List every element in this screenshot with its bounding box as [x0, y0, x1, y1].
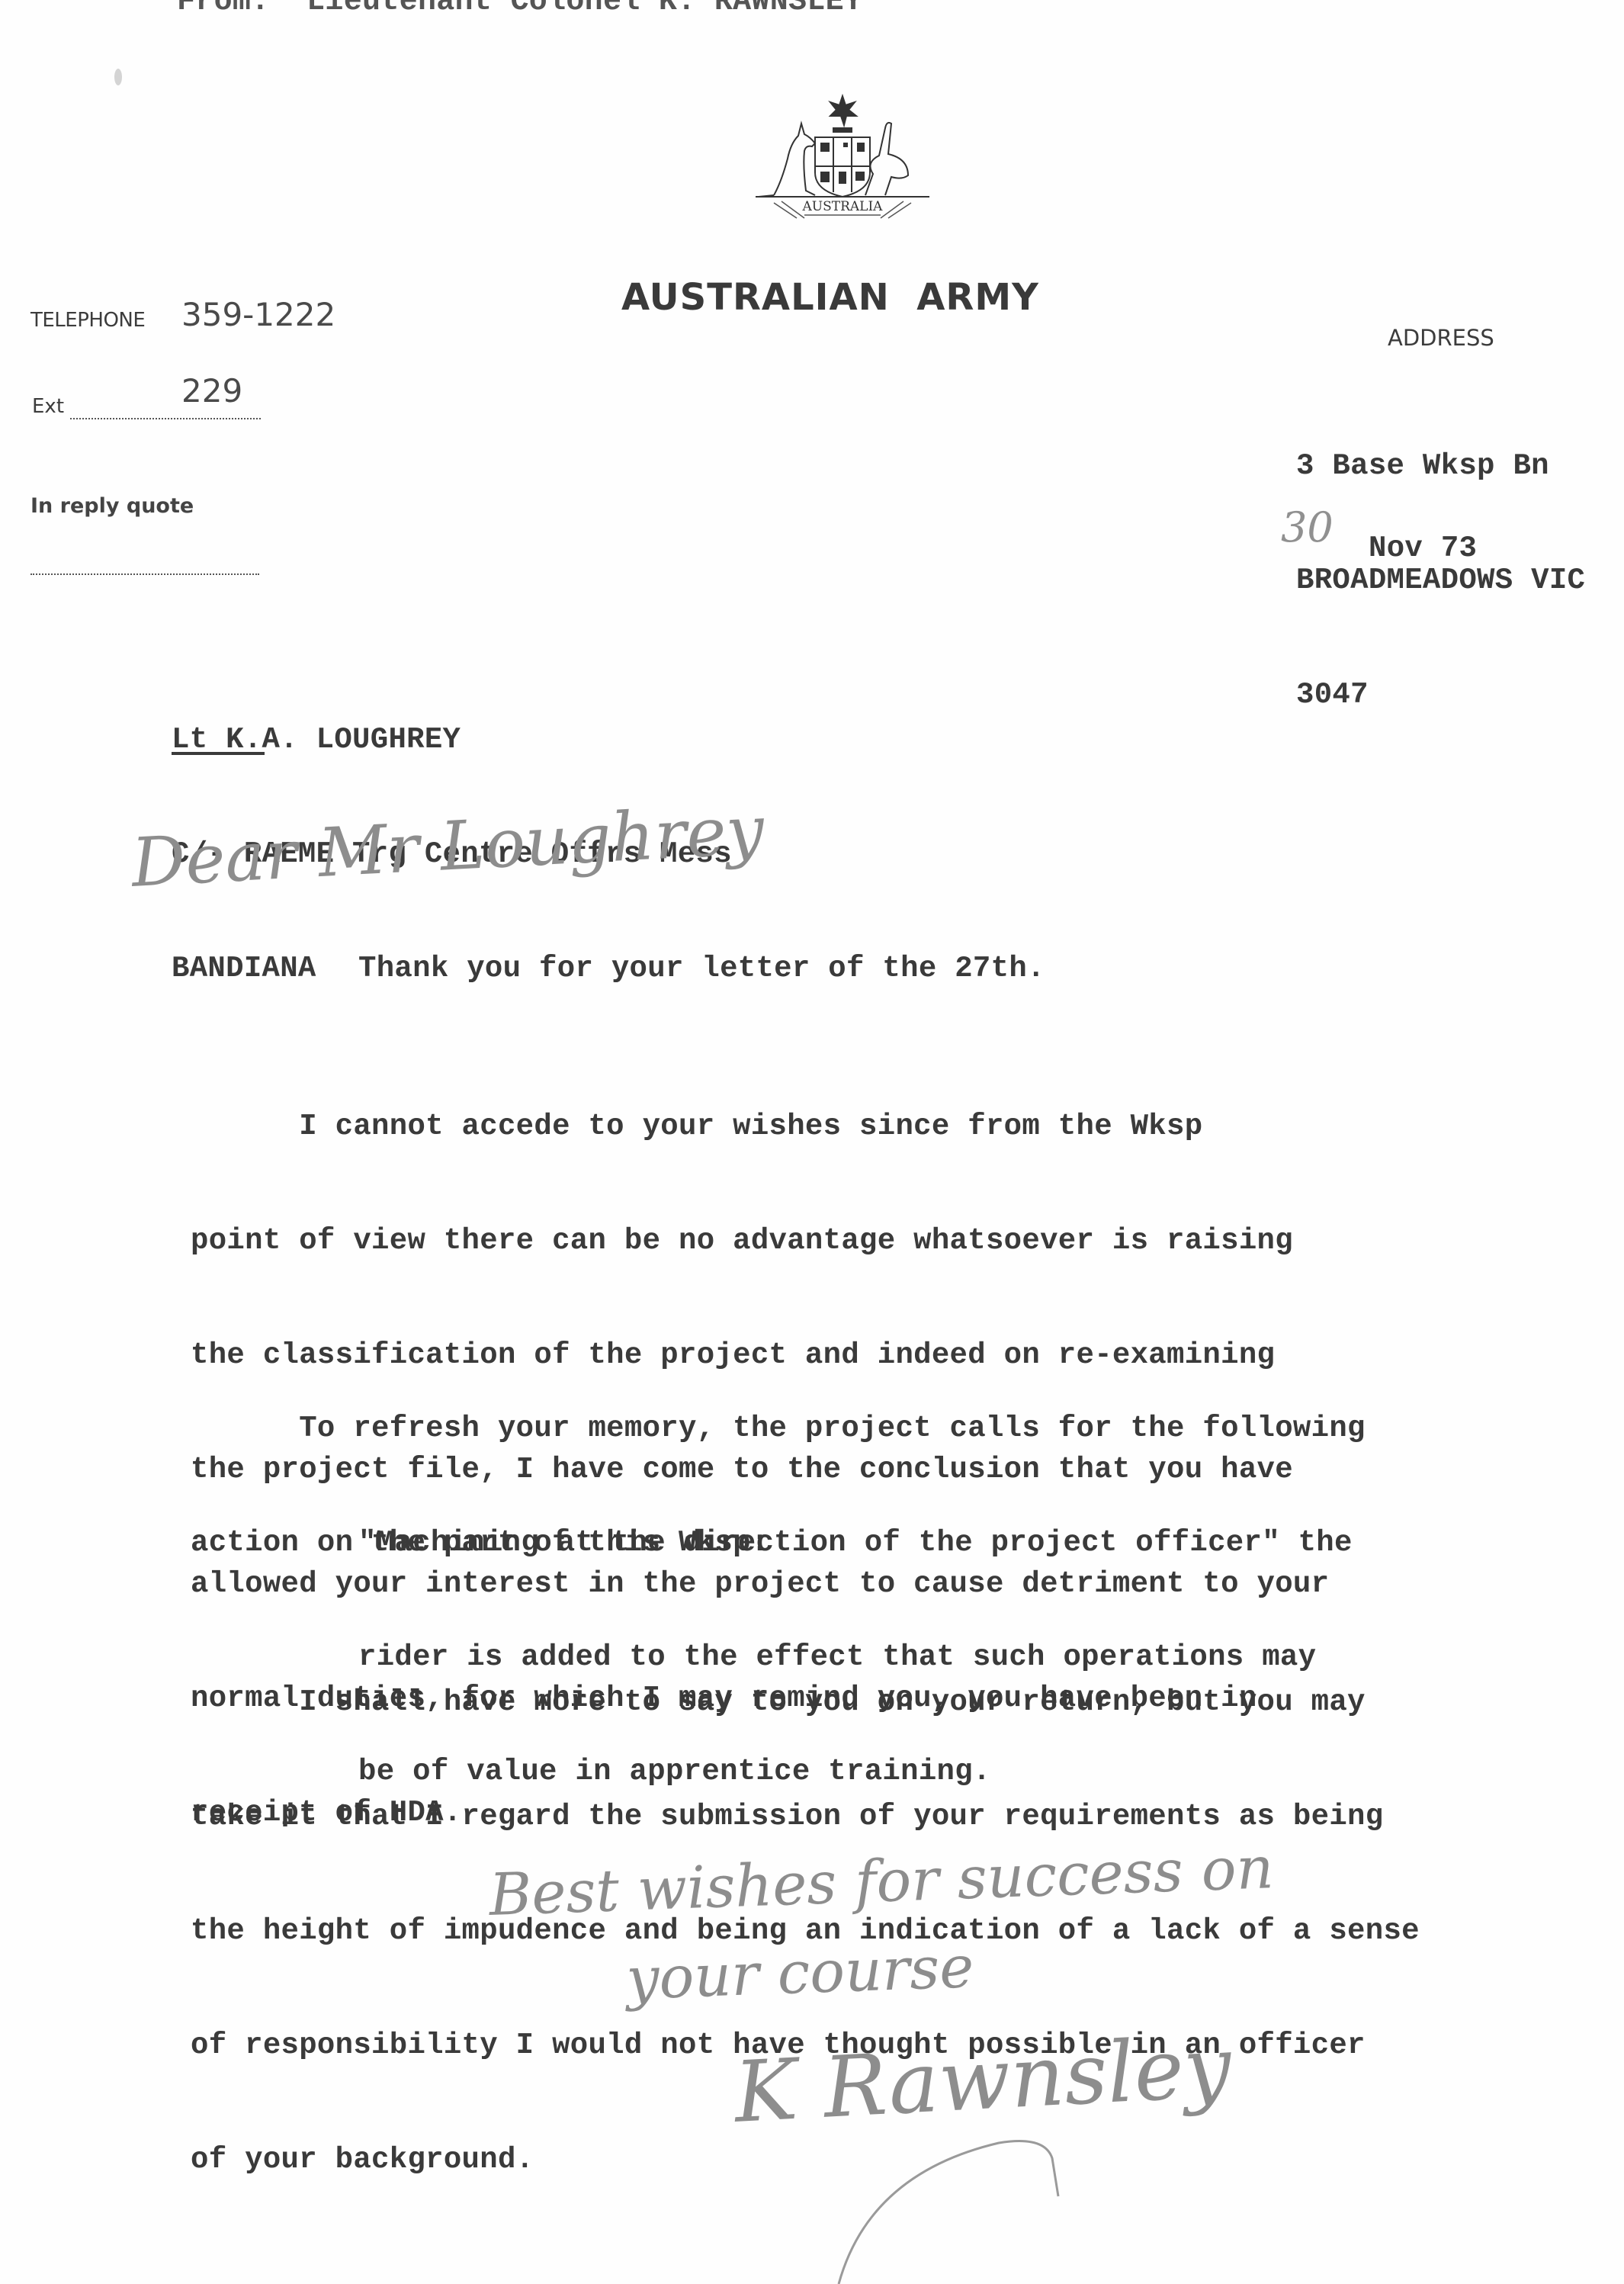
body-paragraph-1: Thank you for your letter of the 27th.: [358, 949, 1045, 988]
reply-quote-label: In reply quote: [30, 494, 194, 518]
sender-address: 3 Base Wksp Bn BROADMEADOWS VIC 3047: [1296, 371, 1585, 790]
telephone-value: 359-1222: [181, 296, 335, 333]
handwritten-closing-line-2: your course: [625, 1932, 975, 2013]
svg-text:AUSTRALIA: AUSTRALIA: [802, 199, 884, 214]
address-label: ADDRESS: [1388, 325, 1494, 351]
from-line: From: Lieutenant Colonel K. RAWNSLEY: [177, 0, 862, 21]
text-line: of your background.: [191, 2141, 1420, 2179]
paper-blemish: [114, 69, 122, 85]
letter-page: From: Lieutenant Colonel K. RAWNSLEY AUS…: [0, 0, 1624, 2284]
signature-flourish-icon: [823, 2112, 1144, 2284]
address-line: 3047: [1296, 676, 1585, 714]
text-line: "Machining at the direction of the proje…: [358, 1524, 1353, 1562]
text-line: To refresh your memory, the project call…: [191, 1409, 1366, 1447]
text-line: I shall have more to say to you on your …: [191, 1683, 1420, 1721]
reply-quote-field-line: [30, 573, 259, 575]
extension-field-line: [70, 418, 261, 419]
body-paragraph-4: I shall have more to say to you on your …: [191, 1607, 1420, 2255]
text-line: I cannot accede to your wishes since fro…: [191, 1107, 1329, 1145]
text-line: point of view there can be no advantage …: [191, 1222, 1329, 1260]
date-day-handwritten: 30: [1281, 503, 1334, 551]
coat-of-arms-icon: AUSTRALIA: [751, 90, 934, 223]
date-month-year: Nov 73: [1369, 529, 1477, 567]
address-line: 3 Base Wksp Bn: [1296, 447, 1585, 485]
text-line: take it that I regard the submission of …: [191, 1797, 1420, 1836]
recipient-underline: [172, 752, 265, 755]
extension-label: Ext: [32, 395, 64, 418]
extension-value: 229: [181, 372, 242, 410]
organization-name: AUSTRALIAN ARMY: [621, 276, 1039, 319]
telephone-label: TELEPHONE: [30, 309, 145, 332]
